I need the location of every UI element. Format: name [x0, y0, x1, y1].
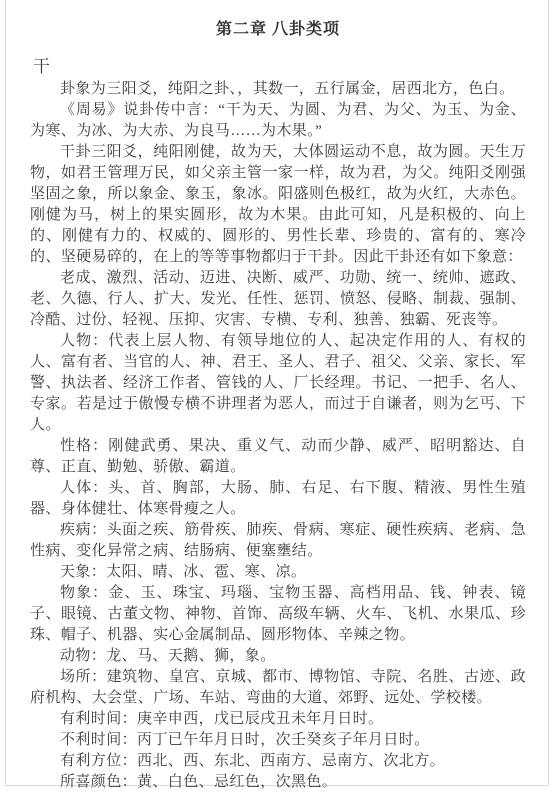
paragraph: 动物：龙、马、天鹅、狮，象。	[30, 646, 526, 667]
paragraph: 性格：刚健武勇、果决、重义气、动而少静、威严、昭明豁达、自尊、正直、勤勉、骄傲、…	[30, 436, 526, 478]
body-text: 卦象为三阳爻，纯阳之卦、，其数一，五行属金，居西北方，色白。《周易》说卦传中言：…	[30, 79, 526, 792]
paragraph: 所喜颜色：黄、白色、忌红色，次黑色。	[30, 772, 526, 792]
paragraph: 《周易》说卦传中言：“干为天、为圆、为君、为父、为玉、为金、为寒、为冰、为大赤、…	[30, 100, 526, 142]
paragraph: 场所：建筑物、皇宫、京城、都市、博物馆、寺院、名胜、古迹、政府机构、大会堂、广场…	[30, 667, 526, 709]
paragraph: 人物：代表上层人物、有领导地位的人、起决定作用的人、有权的人、富有者、当官的人、…	[30, 331, 526, 436]
paragraph: 不利时间：丙丁已午年月日时，次壬癸亥子年月日时。	[30, 730, 526, 751]
paragraph: 人体：头、首、胸部，大肠、肺、右足、右下腹、精液、男性生殖器、身体健壮、体寒骨瘦…	[30, 478, 526, 520]
paragraph: 物象：金、玉、珠宝、玛瑙、宝物玉器、高档用品、钱、钟表、镜子、眼镜、古董文物、神…	[30, 583, 526, 646]
page-content: 第二章 八卦类项 干 卦象为三阳爻，纯阳之卦、，其数一，五行属金，居西北方，色白…	[6, 0, 548, 792]
paragraph: 有利方位：西北、西、东北、西南方、忌南方、次北方。	[30, 751, 526, 772]
paragraph: 老成、激烈、活动、迈进、决断、威严、功勋、统一、统帅、遮政、老、久德、行人、扩大…	[30, 268, 526, 331]
paragraph: 疾病：头面之疾、筋骨疾、肺疾、骨病、寒症、硬性疾病、老病、急性病、变化异常之病、…	[30, 520, 526, 562]
paragraph: 卦象为三阳爻，纯阳之卦、，其数一，五行属金，居西北方，色白。	[30, 79, 526, 100]
document-page: 第二章 八卦类项 干 卦象为三阳爻，纯阳之卦、，其数一，五行属金，居西北方，色白…	[5, 0, 549, 786]
chapter-title: 第二章 八卦类项	[30, 20, 526, 40]
paragraph: 干卦三阳爻，纯阳刚健，故为天，大体圆运动不息，故为圆。天生万物，如君王管理万民，…	[30, 142, 526, 268]
paragraph: 天象：太阳、晴、冰、雹、寒、凉。	[30, 562, 526, 583]
section-heading: 干	[33, 57, 526, 77]
paragraph: 有利时间：庚辛申西，戊已辰戌丑未年月日时。	[30, 709, 526, 730]
